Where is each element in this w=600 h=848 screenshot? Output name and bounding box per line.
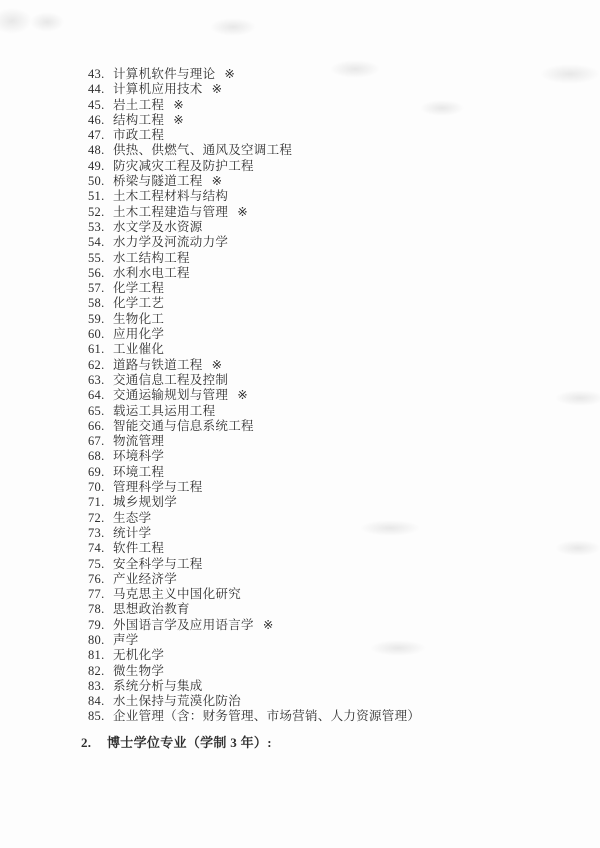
- list-item: 50.桥梁与隧道工程※: [88, 174, 420, 189]
- item-label: 水工结构工程: [113, 251, 190, 265]
- list-item: 75.安全科学与工程: [88, 557, 420, 572]
- item-label: 思想政治教育: [113, 602, 190, 616]
- item-label: 外国语言学及应用语言学: [113, 618, 254, 632]
- item-number: 78.: [88, 602, 113, 617]
- item-number: 44.: [88, 82, 113, 97]
- section-heading: 2.博士学位专业（学制 3 年）:: [81, 734, 272, 751]
- item-label: 交通运输规划与管理: [113, 388, 228, 402]
- item-label: 产业经济学: [113, 572, 177, 586]
- item-number: 48.: [88, 143, 113, 158]
- item-label: 计算机软件与理论: [113, 67, 215, 81]
- item-number: 71.: [88, 495, 113, 510]
- list-item: 63.交通信息工程及控制: [88, 373, 420, 388]
- item-label: 水土保持与荒漠化防治: [113, 694, 241, 708]
- item-number: 47.: [88, 128, 113, 143]
- item-number: 84.: [88, 694, 113, 709]
- item-label: 水利水电工程: [113, 266, 190, 280]
- item-label: 应用化学: [113, 327, 164, 341]
- star-mark: ※: [173, 98, 184, 112]
- item-label: 土木工程材料与结构: [113, 189, 228, 203]
- item-number: 63.: [88, 373, 113, 388]
- item-number: 56.: [88, 266, 113, 281]
- list-item: 45.岩土工程※: [88, 98, 420, 113]
- list-item: 43.计算机软件与理论※: [88, 67, 420, 82]
- item-label: 声学: [113, 633, 139, 647]
- item-label: 企业管理（含：财务管理、市场营销、人力资源管理）: [113, 709, 420, 723]
- item-label: 安全科学与工程: [113, 557, 203, 571]
- item-number: 49.: [88, 159, 113, 174]
- item-label: 工业催化: [113, 342, 164, 356]
- list-item: 81.无机化学: [88, 648, 420, 663]
- list-item: 59.生物化工: [88, 312, 420, 327]
- item-label: 道路与铁道工程: [113, 358, 203, 372]
- item-label: 载运工具运用工程: [113, 404, 215, 418]
- star-mark: ※: [212, 174, 223, 188]
- list-item: 44.计算机应用技术※: [88, 82, 420, 97]
- section-heading-number: 2.: [81, 734, 107, 751]
- item-number: 69.: [88, 465, 113, 480]
- item-label: 生态学: [113, 511, 151, 525]
- item-label: 环境科学: [113, 449, 164, 463]
- list-item: 83.系统分析与集成: [88, 679, 420, 694]
- item-number: 73.: [88, 526, 113, 541]
- list-item: 79.外国语言学及应用语言学※: [88, 618, 420, 633]
- item-number: 77.: [88, 587, 113, 602]
- item-label: 化学工艺: [113, 296, 164, 310]
- item-label: 供热、供燃气、通风及空调工程: [113, 143, 292, 157]
- section-heading-text: 博士学位专业（学制 3 年）:: [107, 735, 272, 750]
- item-number: 76.: [88, 572, 113, 587]
- item-number: 79.: [88, 618, 113, 633]
- document-page: 43.计算机软件与理论※44.计算机应用技术※45.岩土工程※46.结构工程※4…: [0, 0, 600, 848]
- list-item: 57.化学工程: [88, 281, 420, 296]
- list-item: 48.供热、供燃气、通风及空调工程: [88, 143, 420, 158]
- list-item: 69.环境工程: [88, 465, 420, 480]
- scan-smudge: [30, 12, 64, 32]
- item-number: 80.: [88, 633, 113, 648]
- item-number: 64.: [88, 388, 113, 403]
- item-label: 土木工程建造与管理: [113, 205, 228, 219]
- list-item: 52.土木工程建造与管理※: [88, 205, 420, 220]
- list-item: 55.水工结构工程: [88, 251, 420, 266]
- scan-smudge: [555, 540, 600, 556]
- item-number: 43.: [88, 67, 113, 82]
- star-mark: ※: [173, 113, 184, 127]
- item-label: 微生物学: [113, 664, 164, 678]
- list-item: 60.应用化学: [88, 327, 420, 342]
- item-label: 水力学及河流动力学: [113, 235, 228, 249]
- item-label: 结构工程: [113, 113, 164, 127]
- item-number: 52.: [88, 205, 113, 220]
- item-number: 74.: [88, 541, 113, 556]
- star-mark: ※: [212, 358, 223, 372]
- item-number: 68.: [88, 449, 113, 464]
- item-number: 67.: [88, 434, 113, 449]
- item-label: 化学工程: [113, 281, 164, 295]
- list-item: 58.化学工艺: [88, 296, 420, 311]
- item-number: 65.: [88, 404, 113, 419]
- list-item: 46.结构工程※: [88, 113, 420, 128]
- scan-smudge: [555, 390, 600, 406]
- item-label: 桥梁与隧道工程: [113, 174, 203, 188]
- item-label: 城乡规划学: [113, 495, 177, 509]
- scan-smudge: [210, 18, 256, 36]
- list-item: 70.管理科学与工程: [88, 480, 420, 495]
- list-item: 78.思想政治教育: [88, 602, 420, 617]
- item-number: 81.: [88, 648, 113, 663]
- list-item: 85.企业管理（含：财务管理、市场营销、人力资源管理）: [88, 709, 420, 724]
- item-number: 66.: [88, 419, 113, 434]
- item-number: 85.: [88, 709, 113, 724]
- item-number: 59.: [88, 312, 113, 327]
- star-mark: ※: [263, 618, 274, 632]
- item-number: 82.: [88, 664, 113, 679]
- item-number: 53.: [88, 220, 113, 235]
- list-item: 62.道路与铁道工程※: [88, 358, 420, 373]
- item-label: 物流管理: [113, 434, 164, 448]
- list-item: 49.防灾减灾工程及防护工程: [88, 159, 420, 174]
- list-item: 71.城乡规划学: [88, 495, 420, 510]
- item-number: 61.: [88, 342, 113, 357]
- item-label: 交通信息工程及控制: [113, 373, 228, 387]
- list-item: 72.生态学: [88, 511, 420, 526]
- item-label: 系统分析与集成: [113, 679, 203, 693]
- list-item: 84.水土保持与荒漠化防治: [88, 694, 420, 709]
- item-label: 统计学: [113, 526, 151, 540]
- item-number: 83.: [88, 679, 113, 694]
- list-item: 64.交通运输规划与管理※: [88, 388, 420, 403]
- item-label: 岩土工程: [113, 98, 164, 112]
- item-number: 58.: [88, 296, 113, 311]
- star-mark: ※: [212, 82, 223, 96]
- item-number: 51.: [88, 189, 113, 204]
- item-label: 软件工程: [113, 541, 164, 555]
- list-item: 82.微生物学: [88, 664, 420, 679]
- list-item: 77.马克思主义中国化研究: [88, 587, 420, 602]
- item-number: 60.: [88, 327, 113, 342]
- item-label: 防灾减灾工程及防护工程: [113, 159, 254, 173]
- star-mark: ※: [237, 205, 248, 219]
- list-item: 76.产业经济学: [88, 572, 420, 587]
- list-item: 47.市政工程: [88, 128, 420, 143]
- item-label: 市政工程: [113, 128, 164, 142]
- list-item: 54.水力学及河流动力学: [88, 235, 420, 250]
- item-number: 45.: [88, 98, 113, 113]
- scan-smudge: [0, 8, 32, 34]
- item-number: 54.: [88, 235, 113, 250]
- item-number: 70.: [88, 480, 113, 495]
- item-label: 水文学及水资源: [113, 220, 203, 234]
- item-label: 管理科学与工程: [113, 480, 203, 494]
- scan-smudge: [540, 64, 600, 84]
- list-item: 74.软件工程: [88, 541, 420, 556]
- item-number: 55.: [88, 251, 113, 266]
- list-item: 53.水文学及水资源: [88, 220, 420, 235]
- list-item: 68.环境科学: [88, 449, 420, 464]
- star-mark: ※: [224, 67, 235, 81]
- item-label: 无机化学: [113, 648, 164, 662]
- item-number: 57.: [88, 281, 113, 296]
- item-number: 75.: [88, 557, 113, 572]
- list-item: 56.水利水电工程: [88, 266, 420, 281]
- item-number: 62.: [88, 358, 113, 373]
- item-label: 环境工程: [113, 465, 164, 479]
- list-item: 80.声学: [88, 633, 420, 648]
- item-number: 72.: [88, 511, 113, 526]
- item-number: 46.: [88, 113, 113, 128]
- list-item: 61.工业催化: [88, 342, 420, 357]
- item-label: 智能交通与信息系统工程: [113, 419, 254, 433]
- item-number: 50.: [88, 174, 113, 189]
- list-item: 65.载运工具运用工程: [88, 404, 420, 419]
- scan-smudge: [420, 100, 464, 116]
- list-item: 66.智能交通与信息系统工程: [88, 419, 420, 434]
- star-mark: ※: [237, 388, 248, 402]
- list-item: 51.土木工程材料与结构: [88, 189, 420, 204]
- item-label: 生物化工: [113, 312, 164, 326]
- item-label: 马克思主义中国化研究: [113, 587, 241, 601]
- list-item: 73.统计学: [88, 526, 420, 541]
- item-label: 计算机应用技术: [113, 82, 203, 96]
- degree-list: 43.计算机软件与理论※44.计算机应用技术※45.岩土工程※46.结构工程※4…: [88, 67, 420, 725]
- list-item: 67.物流管理: [88, 434, 420, 449]
